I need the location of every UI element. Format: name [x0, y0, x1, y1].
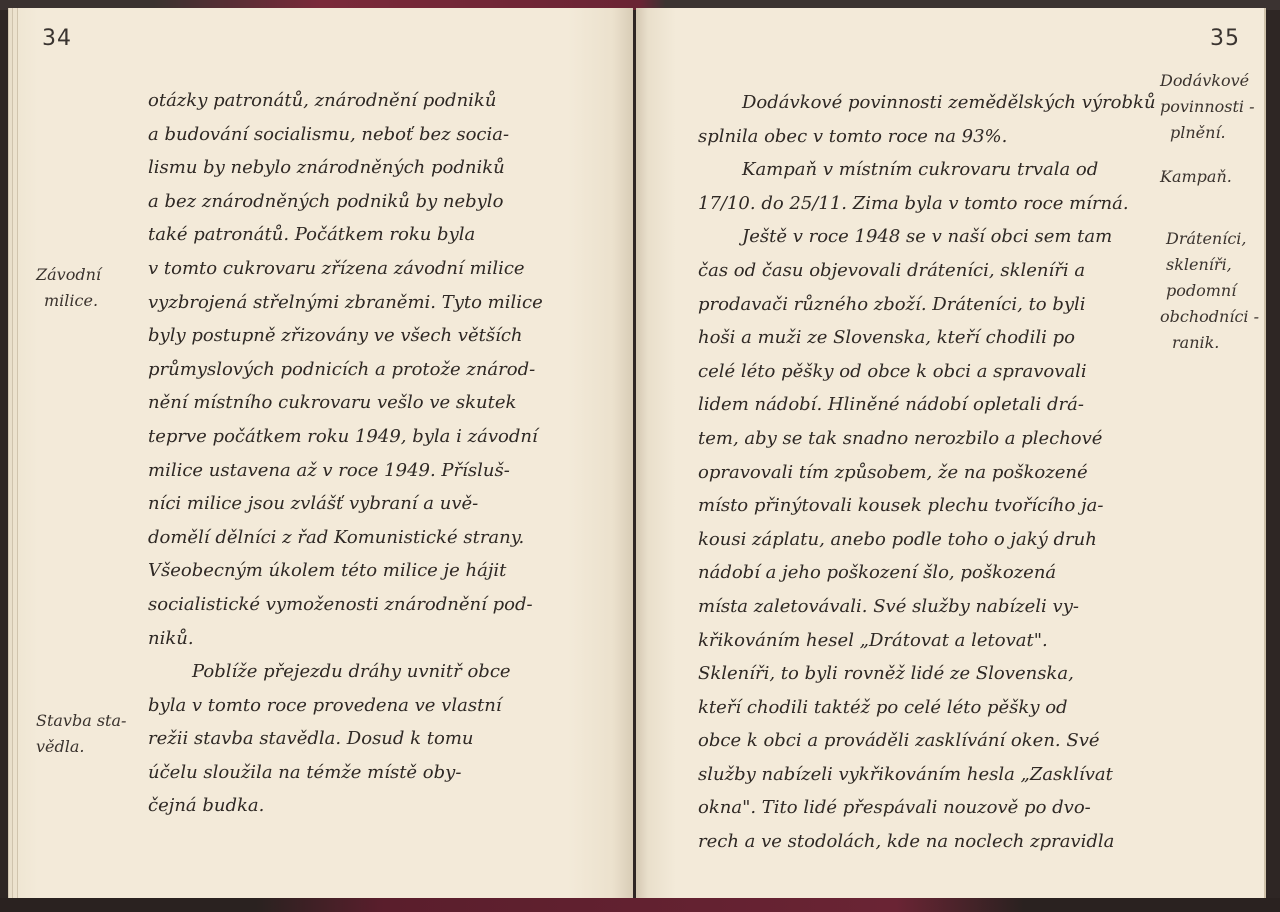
text-line: níci milice jsou zvlášť vybraní a uvě-	[148, 487, 543, 521]
margin-note-line: vědla.	[36, 734, 126, 760]
text-line: místo přinýtovali kousek plechu tvořícíh…	[698, 489, 1156, 523]
text-line: teprve počátkem roku 1949, byla i závodn…	[148, 420, 543, 454]
margin-note-line: Závodní	[36, 262, 101, 288]
text-line: Ještě v roce 1948 se v naší obci sem tam	[698, 220, 1156, 254]
text-line: 17/10. do 25/11. Zima byla v tomto roce …	[698, 187, 1156, 221]
margin-note-dratenici: Dráteníci, skleníři, podomní obchodníci …	[1160, 226, 1259, 356]
text-line: niků.	[148, 622, 543, 656]
text-line: prodavači různého zboží. Dráteníci, to b…	[698, 288, 1156, 322]
text-line: otázky patronátů, znárodnění podniků	[148, 84, 543, 118]
text-line: Všeobecným úkolem této milice je hájit	[148, 554, 543, 588]
margin-note-line: skleníři,	[1160, 252, 1259, 278]
left-page: 34 Závodní milice. Stavba sta- vědla. ot…	[8, 8, 633, 898]
text-line: režii stavba stavědla. Dosud k tomu	[148, 722, 543, 756]
text-line: domělí dělníci z řad Komunistické strany…	[148, 521, 543, 555]
text-line: byly postupně zřizovány ve všech větších	[148, 319, 543, 353]
margin-note-zavodni-milice: Závodní milice.	[36, 262, 101, 314]
text-line: čejná budka.	[148, 789, 543, 823]
text-line: Poblíže přejezdu dráhy uvnitř obce	[148, 655, 543, 689]
margin-note-line: plnění.	[1160, 120, 1255, 146]
text-line: průmyslových podnicích a protože znárod-	[148, 353, 543, 387]
handwritten-body-text: Dodávkové povinnosti zemědělských výrobk…	[698, 86, 1156, 859]
text-line: Kampaň v místním cukrovaru trvala od	[698, 153, 1156, 187]
right-page: 35 Dodávkové povinnosti - plnění. Kampaň…	[636, 8, 1266, 898]
text-line: kousi záplatu, anebo podle toho o jaký d…	[698, 523, 1156, 557]
text-line: nádobí a jeho poškození šlo, poškozená	[698, 556, 1156, 590]
text-line: Dodávkové povinnosti zemědělských výrobk…	[698, 86, 1156, 120]
text-line: služby nabízeli vykřikováním hesla „Zask…	[698, 758, 1156, 792]
text-line: socialistické vymoženosti znárodnění pod…	[148, 588, 543, 622]
text-line: celé léto pěšky od obce k obci a spravov…	[698, 355, 1156, 389]
text-line: lidem nádobí. Hliněné nádobí opletali dr…	[698, 388, 1156, 422]
margin-note-line: ranik.	[1160, 330, 1259, 356]
text-line: a budování socialismu, neboť bez socia-	[148, 118, 543, 152]
margin-note-line: podomní	[1160, 278, 1259, 304]
margin-note-kampan: Kampaň.	[1160, 164, 1232, 190]
text-line: splnila obec v tomto roce na 93%.	[698, 120, 1156, 154]
handwritten-body-text: otázky patronátů, znárodnění podniků a b…	[148, 84, 543, 823]
page-number: 35	[1210, 26, 1240, 51]
margin-note-line: obchodníci -	[1160, 304, 1259, 330]
text-line: Skleníři, to byli rovněž lidé ze Slovens…	[698, 657, 1156, 691]
margin-note-dodavkove-povinnosti: Dodávkové povinnosti - plnění.	[1160, 68, 1255, 146]
margin-note-line: Dodávkové	[1160, 68, 1255, 94]
text-line: milice ustavena až v roce 1949. Přísluš-	[148, 454, 543, 488]
text-line: obce k obci a prováděli zasklívání oken.…	[698, 724, 1156, 758]
text-line: tem, aby se tak snadno nerozbilo a plech…	[698, 422, 1156, 456]
text-line: nění místního cukrovaru vešlo ve skutek	[148, 386, 543, 420]
text-line: čas od času objevovali dráteníci, sklení…	[698, 254, 1156, 288]
margin-note-stavba-stavedla: Stavba sta- vědla.	[36, 708, 126, 760]
margin-note-line: Kampaň.	[1160, 164, 1232, 190]
text-line: kteří chodili taktéž po celé léto pěšky …	[698, 691, 1156, 725]
text-line: lismu by nebylo znárodněných podniků	[148, 151, 543, 185]
text-line: také patronátů. Počátkem roku byla	[148, 218, 543, 252]
page-number: 34	[42, 26, 72, 51]
text-line: opravovali tím způsobem, že na poškozené	[698, 456, 1156, 490]
margin-note-line: Stavba sta-	[36, 708, 126, 734]
margin-note-line: milice.	[36, 288, 101, 314]
text-line: křikováním hesel „Drátovat a letovat".	[698, 624, 1156, 658]
text-line: a bez znárodněných podniků by nebylo	[148, 185, 543, 219]
text-line: místa zaletovávali. Své služby nabízeli …	[698, 590, 1156, 624]
margin-note-line: Dráteníci,	[1160, 226, 1259, 252]
text-line: vyzbrojená střelnými zbraněmi. Tyto mili…	[148, 286, 543, 320]
text-line: byla v tomto roce provedena ve vlastní	[148, 689, 543, 723]
text-line: hoši a muži ze Slovenska, kteří chodili …	[698, 321, 1156, 355]
text-line: účelu sloužila na témže místě oby-	[148, 756, 543, 790]
text-line: rech a ve stodolách, kde na noclech zpra…	[698, 825, 1156, 859]
book-cover-bottom-edge	[0, 898, 1280, 912]
margin-note-line: povinnosti -	[1160, 94, 1255, 120]
text-line: okna". Tito lidé přespávali nouzově po d…	[698, 791, 1156, 825]
text-line: v tomto cukrovaru zřízena závodní milice	[148, 252, 543, 286]
